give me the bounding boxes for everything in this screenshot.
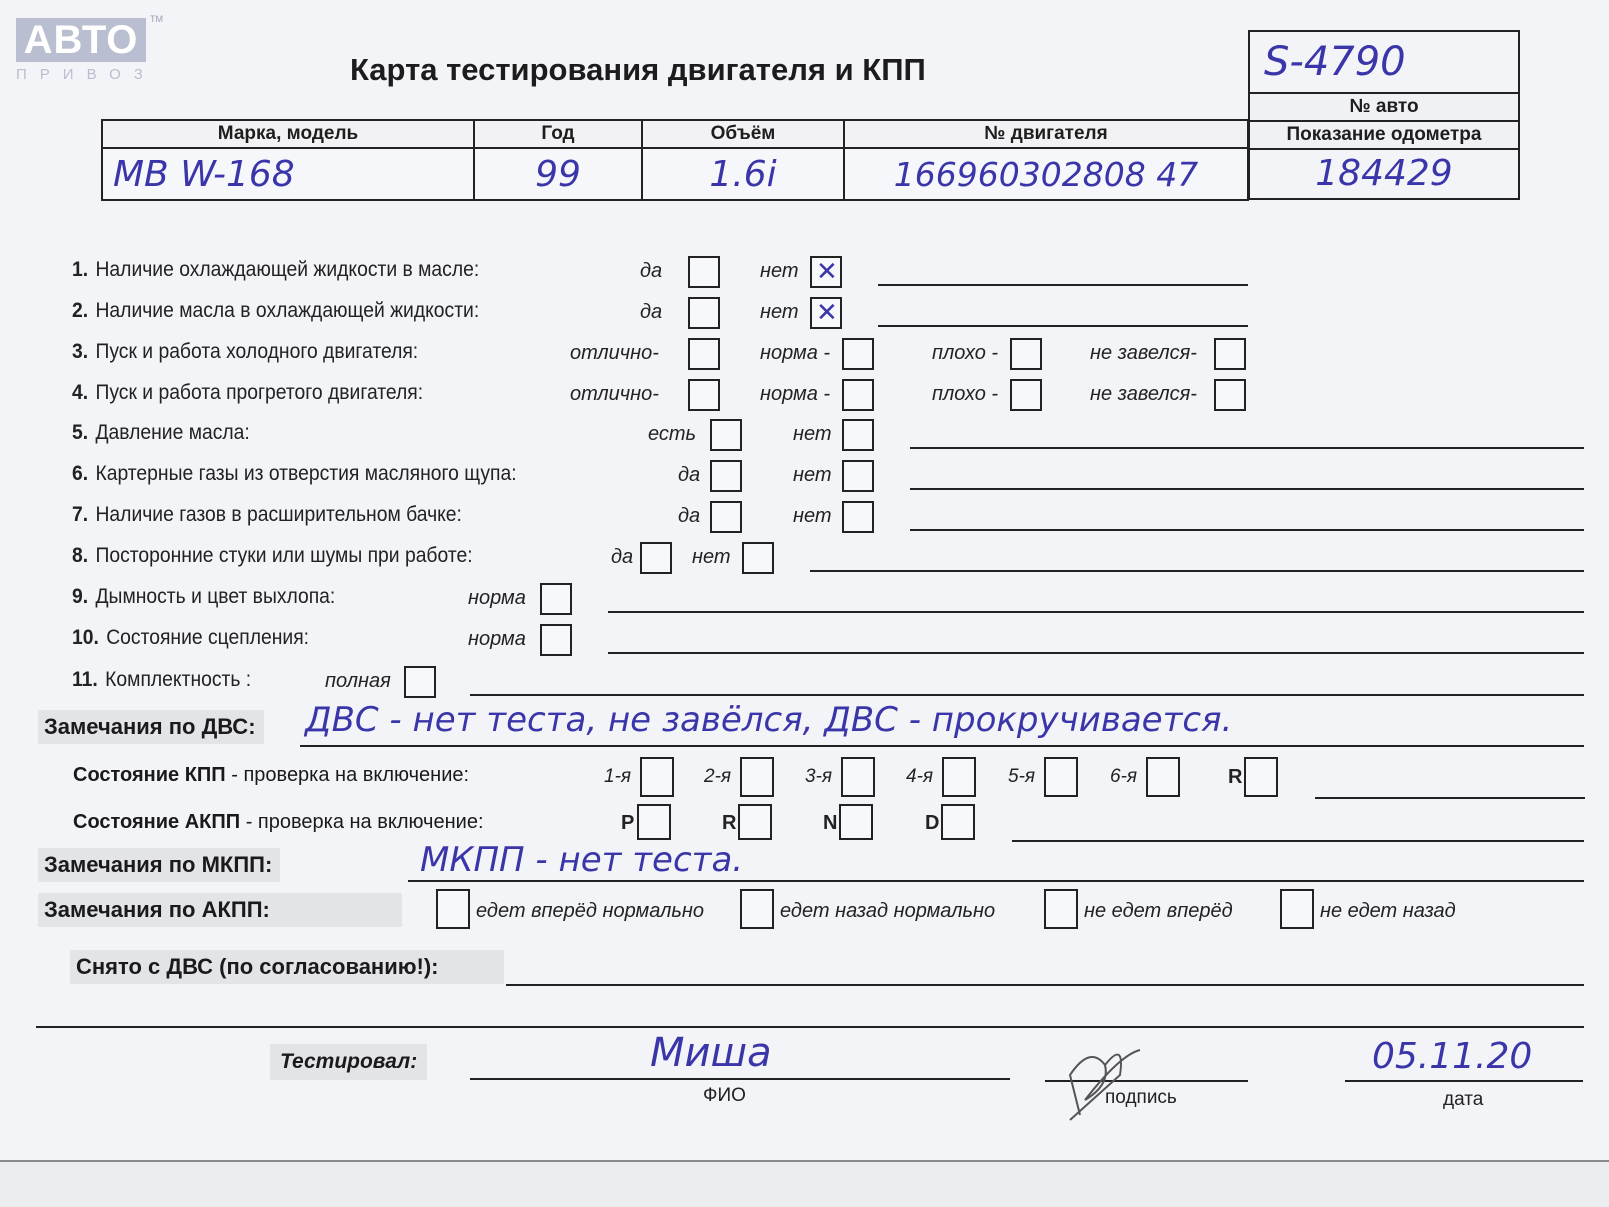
gear-checkbox-6-я[interactable] xyxy=(1146,757,1180,797)
option-label: норма - xyxy=(760,342,830,365)
option-label: есть xyxy=(648,423,696,446)
question-number: 4. xyxy=(72,381,88,404)
checkbox-q2-1[interactable] xyxy=(688,297,720,329)
question-number: 10. xyxy=(72,626,99,649)
comment-line-q11[interactable] xyxy=(470,694,1584,696)
position-checkbox-N[interactable] xyxy=(839,804,873,840)
option-label: нет xyxy=(793,423,832,446)
mkpp-remarks-field[interactable]: МКПП - нет теста. xyxy=(420,840,743,880)
form-title: Карта тестирования двигателя и КПП xyxy=(350,52,926,88)
question-text: Пуск и работа холодного двигателя: xyxy=(95,340,418,363)
option-label: да xyxy=(678,505,700,528)
question-1: 1.Наличие охлаждающей жидкости в масле: xyxy=(72,258,479,282)
checkbox-q3-4[interactable] xyxy=(1214,338,1246,370)
question-number: 3. xyxy=(72,340,88,363)
mkpp-remarks-label: Замечания по МКПП: xyxy=(38,848,280,882)
logo-subtitle: ПРИВОЗ xyxy=(16,66,156,83)
question-number: 11. xyxy=(72,668,98,691)
checkbox-q4-2[interactable] xyxy=(842,379,874,411)
question-text: Комплектность : xyxy=(105,668,251,691)
question-text: Дымность и цвет выхлопа: xyxy=(95,585,335,608)
position-checkbox-R[interactable] xyxy=(738,804,772,840)
checkbox-q3-3[interactable] xyxy=(1010,338,1042,370)
gear-label: 2-я xyxy=(704,766,731,788)
question-11: 11.Комплектность : xyxy=(72,668,251,692)
question-2: 2.Наличие масла в охлаждающей жидкости: xyxy=(72,299,479,323)
option-label: норма xyxy=(468,628,526,651)
question-number: 1. xyxy=(72,258,88,281)
ice-remarks-line xyxy=(300,745,1584,747)
question-text: Пуск и работа прогретого двигателя: xyxy=(95,381,423,404)
auto-gearbox-title: Состояние АКПП xyxy=(73,811,240,833)
auto-no-field[interactable]: S-4790 xyxy=(1250,32,1518,94)
tester-name-field[interactable]: Миша xyxy=(650,1030,772,1076)
gear-checkbox-2-я[interactable] xyxy=(740,757,774,797)
vehicle-info-table: Марка, модель Год Объём № двигателя МВ W… xyxy=(101,119,1249,201)
manual-gearbox-line xyxy=(1315,797,1585,799)
odometer-label: Показание одометра xyxy=(1250,122,1518,150)
question-number: 7. xyxy=(72,503,88,526)
akpp-checkbox-4[interactable] xyxy=(1280,889,1314,929)
col-make-model: Марка, модель xyxy=(102,120,474,148)
logo-trademark: TM xyxy=(150,14,163,24)
option-label: плохо - xyxy=(932,383,998,406)
auto-gearbox-line xyxy=(1012,840,1584,842)
option-label: не завелся- xyxy=(1090,342,1197,365)
question-9: 9.Дымность и цвет выхлопа: xyxy=(72,585,335,609)
manual-gearbox-desc: - проверка на включение: xyxy=(226,764,469,786)
checkbox-q8-2[interactable] xyxy=(742,542,774,574)
question-text: Картерные газы из отверстия масляного щу… xyxy=(95,462,516,485)
question-text: Состояние сцепления: xyxy=(106,626,309,649)
option-label: да xyxy=(640,301,662,324)
removed-line[interactable] xyxy=(506,984,1584,986)
comment-line-q9[interactable] xyxy=(608,611,1584,613)
col-year: Год xyxy=(474,120,642,148)
question-10: 10.Состояние сцепления: xyxy=(72,626,309,650)
akpp-checkbox-1[interactable] xyxy=(436,889,470,929)
removed-label: Снято с ДВС (по согласованию!): xyxy=(70,950,504,984)
comment-line-q2b[interactable] xyxy=(878,325,1248,327)
checkbox-q10-1[interactable] xyxy=(540,624,572,656)
question-8: 8.Посторонние стуки или шумы при работе: xyxy=(72,544,473,568)
option-label: плохо - xyxy=(932,342,998,365)
gear-checkbox-R[interactable] xyxy=(1244,757,1278,797)
akpp-remarks-label: Замечания по АКПП: xyxy=(38,893,402,927)
ice-remarks-field[interactable]: ДВС - нет теста, не завёлся, ДВС - прокр… xyxy=(305,700,1232,740)
checkbox-q1-2[interactable] xyxy=(810,256,842,288)
option-label: нет xyxy=(793,464,832,487)
gear-label: 1-я xyxy=(604,766,631,788)
year-field[interactable]: 99 xyxy=(474,148,642,200)
comment-line-q8[interactable] xyxy=(810,570,1584,572)
akpp-option-label: едет назад нормально xyxy=(780,900,995,923)
removed-label-text: Снято с ДВС (по согласованию!): xyxy=(76,954,439,979)
removed-line-2[interactable] xyxy=(36,1026,1584,1028)
position-checkbox-D[interactable] xyxy=(941,804,975,840)
gear-label: 3-я xyxy=(805,766,832,788)
mkpp-remarks-line xyxy=(408,880,1584,882)
question-6: 6.Картерные газы из отверстия масляного … xyxy=(72,462,517,486)
option-label: да xyxy=(640,260,662,283)
odometer-field[interactable]: 184429 xyxy=(1250,150,1518,198)
question-number: 8. xyxy=(72,544,88,567)
date-caption: дата xyxy=(1443,1089,1483,1111)
checkbox-q7-2[interactable] xyxy=(842,501,874,533)
question-text: Давление масла: xyxy=(95,421,249,444)
option-label: да xyxy=(678,464,700,487)
checkbox-q2-2[interactable] xyxy=(810,297,842,329)
gear-label: 6-я xyxy=(1110,766,1137,788)
checkbox-q4-4[interactable] xyxy=(1214,379,1246,411)
option-label: норма - xyxy=(760,383,830,406)
question-number: 6. xyxy=(72,462,88,485)
gear-label: 5-я xyxy=(1008,766,1035,788)
akpp-option-label: не едет вперёд xyxy=(1084,900,1233,923)
engine-no-field[interactable]: 166960302808 47 xyxy=(844,148,1248,200)
checkbox-q8-1[interactable] xyxy=(640,542,672,574)
checkbox-q6-1[interactable] xyxy=(710,460,742,492)
volume-field[interactable]: 1.6i xyxy=(642,148,844,200)
question-text: Посторонние стуки или шумы при работе: xyxy=(95,544,472,567)
position-label: P xyxy=(621,812,634,835)
position-label: D xyxy=(925,812,939,835)
date-field[interactable]: 05.11.20 xyxy=(1372,1036,1532,1077)
option-label: норма xyxy=(468,587,526,610)
option-label: нет xyxy=(793,505,832,528)
checkbox-q6-2[interactable] xyxy=(842,460,874,492)
akpp-checkbox-3[interactable] xyxy=(1044,889,1078,929)
option-label: полная xyxy=(325,670,391,693)
question-number: 5. xyxy=(72,421,88,444)
comment-line-q7[interactable] xyxy=(910,529,1584,531)
checkbox-q3-2[interactable] xyxy=(842,338,874,370)
gear-label: R xyxy=(1228,766,1242,789)
checkbox-q7-1[interactable] xyxy=(710,501,742,533)
question-number: 2. xyxy=(72,299,88,322)
auto-info-box: S-4790 № авто Показание одометра 184429 xyxy=(1248,30,1520,200)
comment-line-q5[interactable] xyxy=(910,447,1584,449)
option-label: отлично- xyxy=(570,342,659,365)
question-number: 9. xyxy=(72,585,88,608)
auto-gearbox-desc: - проверка на включение: xyxy=(240,811,483,833)
manual-gearbox-label: Состояние КПП - проверка на включение: xyxy=(73,764,469,787)
comment-line-q6[interactable] xyxy=(910,488,1584,490)
name-caption: ФИО xyxy=(703,1085,746,1107)
gear-checkbox-3-я[interactable] xyxy=(841,757,875,797)
position-checkbox-P[interactable] xyxy=(637,804,671,840)
tested-by-label: Тестировал: xyxy=(270,1044,427,1080)
comment-line-q10[interactable] xyxy=(608,652,1584,654)
avto-logo: АВТО xyxy=(16,18,146,62)
question-3: 3.Пуск и работа холодного двигателя: xyxy=(72,340,418,364)
checkbox-q4-1[interactable] xyxy=(688,379,720,411)
position-label: N xyxy=(823,812,837,835)
gear-label: 4-я xyxy=(906,766,933,788)
checkbox-q5-2[interactable] xyxy=(842,419,874,451)
question-text: Наличие охлаждающей жидкости в масле: xyxy=(95,258,479,281)
option-label: нет xyxy=(760,301,799,324)
make-model-field[interactable]: МВ W-168 xyxy=(102,148,474,200)
manual-gearbox-title: Состояние КПП xyxy=(73,764,226,786)
ice-remarks-label: Замечания по ДВС: xyxy=(38,710,264,744)
question-text: Наличие газов в расширительном бачке: xyxy=(95,503,461,526)
gear-checkbox-1-я[interactable] xyxy=(640,757,674,797)
checkbox-q5-1[interactable] xyxy=(710,419,742,451)
checkbox-q1-1[interactable] xyxy=(688,256,720,288)
question-7: 7.Наличие газов в расширительном бачке: xyxy=(72,503,462,527)
checkbox-q11-1[interactable] xyxy=(404,666,436,698)
comment-line-q1[interactable] xyxy=(878,284,1248,286)
auto-gearbox-label: Состояние АКПП - проверка на включение: xyxy=(73,811,484,834)
gear-checkbox-5-я[interactable] xyxy=(1044,757,1078,797)
question-5: 5.Давление масла: xyxy=(72,421,250,445)
position-label: R xyxy=(722,812,736,835)
akpp-option-label: не едет назад xyxy=(1320,900,1456,923)
paper-edge xyxy=(0,1160,1609,1207)
option-label: отлично- xyxy=(570,383,659,406)
tester-name-line xyxy=(470,1078,1010,1080)
option-label: нет xyxy=(692,546,731,569)
col-engine-no: № двигателя xyxy=(844,120,1248,148)
date-line xyxy=(1345,1080,1583,1082)
checkbox-q3-1[interactable] xyxy=(688,338,720,370)
checkbox-q9-1[interactable] xyxy=(540,583,572,615)
col-volume: Объём xyxy=(642,120,844,148)
signature-caption: подпись xyxy=(1105,1087,1177,1109)
akpp-checkbox-2[interactable] xyxy=(740,889,774,929)
option-label: не завелся- xyxy=(1090,383,1197,406)
option-label: да xyxy=(611,546,633,569)
auto-no-label: № авто xyxy=(1250,94,1518,122)
signature-mark xyxy=(1050,1035,1150,1125)
checkbox-q4-3[interactable] xyxy=(1010,379,1042,411)
gear-checkbox-4-я[interactable] xyxy=(942,757,976,797)
question-4: 4.Пуск и работа прогретого двигателя: xyxy=(72,381,423,405)
akpp-option-label: едет вперёд нормально xyxy=(476,900,704,923)
question-text: Наличие масла в охлаждающей жидкости: xyxy=(95,299,479,322)
option-label: нет xyxy=(760,260,799,283)
